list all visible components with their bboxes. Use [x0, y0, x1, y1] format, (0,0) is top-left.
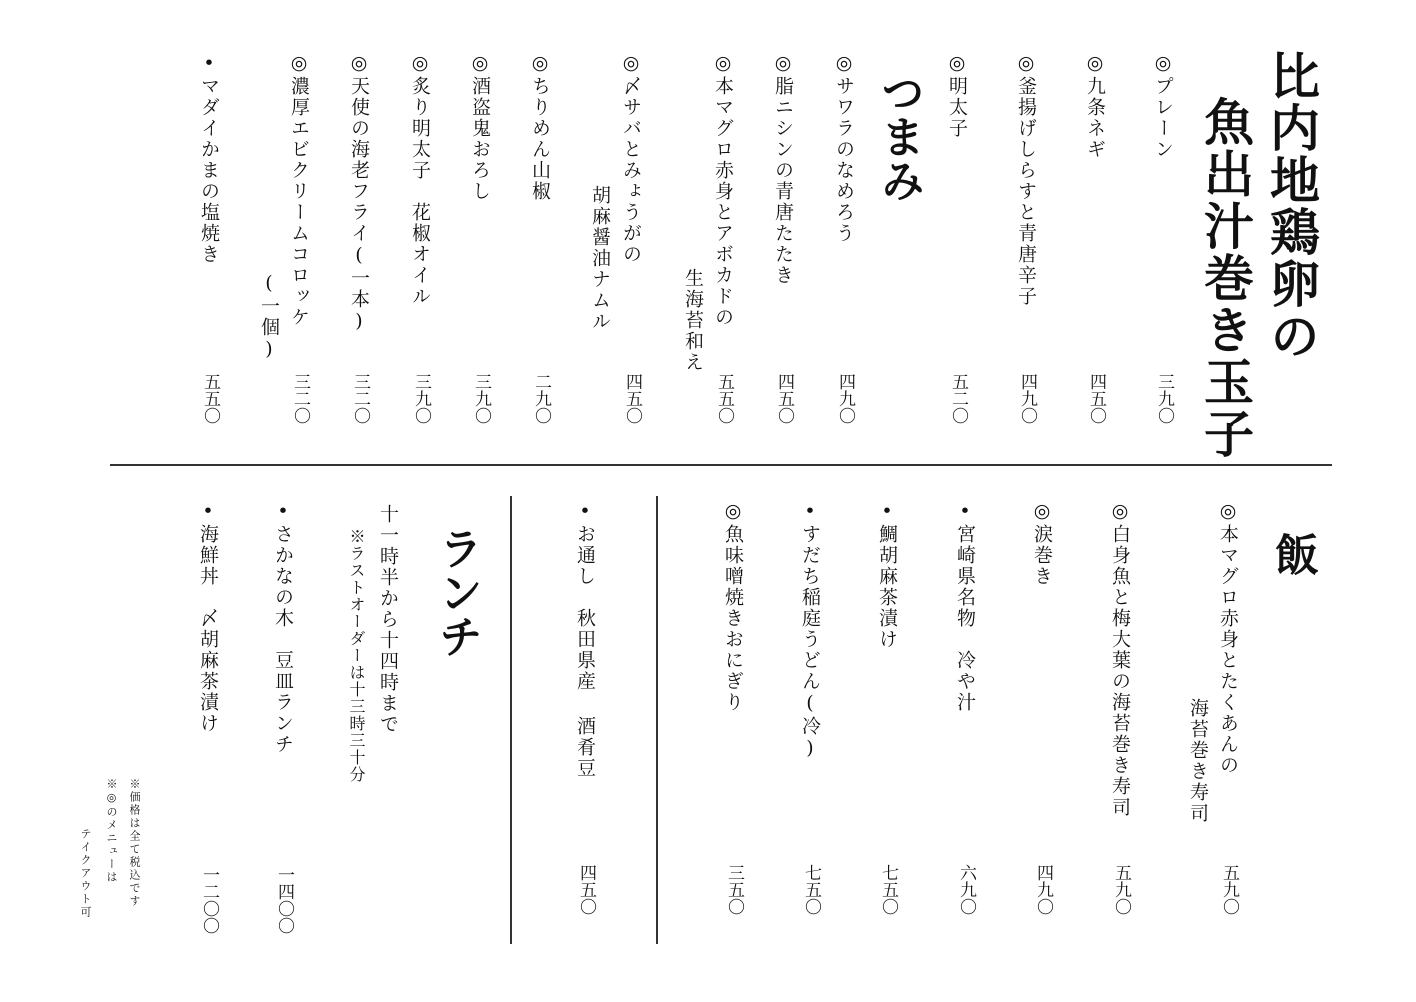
vertical-divider [656, 496, 658, 944]
menu-item-subtitle: 海苔巻き寿司 [1188, 698, 1207, 824]
menu-item-price: 三九〇 [412, 373, 429, 424]
menu-item-subtitle: (一個) [259, 272, 278, 362]
menu-item-price: 一四〇〇 [275, 866, 292, 934]
section-heading-tsumami: つまみ [876, 70, 920, 202]
note-takeout-cont: テイクアウト可 [80, 828, 91, 919]
menu-item-price: 一二〇〇 [200, 866, 217, 934]
menu-item-name: •すだち稲庭うどん(冷) [800, 500, 819, 761]
menu-item-subtitle: 胡麻醤油ナムル [590, 185, 609, 332]
menu-item-name: •さかなの木 豆皿ランチ [273, 500, 292, 755]
menu-item-price: 五九〇 [1112, 864, 1129, 915]
menu-item-price: 四九〇 [1018, 373, 1035, 424]
menu-item-price: 四五〇 [1087, 373, 1104, 424]
menu-item-subtitle: 生海苔和え [683, 268, 702, 373]
vertical-divider [510, 496, 512, 944]
menu-item-price: 五九〇 [1220, 864, 1237, 915]
menu-item-name: •マダイかまの塩焼き [199, 52, 218, 265]
menu-item-name: ◎白身魚と梅大葉の海苔巻き寿司 [1110, 500, 1129, 818]
menu-item-price: 三二〇 [291, 373, 308, 424]
note-tax-included: ※価格は全て税込です [129, 778, 140, 908]
menu-item-price: 五五〇 [201, 373, 218, 424]
menu-item-price: 四九〇 [1034, 864, 1051, 915]
menu-item-name: ◎ちりめん山椒 [530, 52, 549, 202]
menu-item-name: ◎本マグロ赤身とアボカドの [713, 52, 732, 328]
menu-item-name: ◎酒盗鬼おろし [470, 52, 489, 202]
menu-item-name: ◎脂ニシンの青唐たたき [773, 52, 792, 286]
menu-item-price: 六九〇 [957, 864, 974, 915]
section-heading-meshi: 飯 [1270, 532, 1314, 576]
menu-item-name: ◎魚味噌焼きおにぎり [723, 500, 742, 713]
title-line-2: 魚出汁巻き玉子 [1200, 96, 1250, 460]
menu-item-name: •海鮮丼 〆胡麻茶漬け [198, 500, 217, 734]
menu-item-name: ◎濃厚エビクリームコロッケ [289, 52, 308, 328]
menu-item-name: •鯛胡麻茶漬け [877, 500, 896, 650]
menu-item-price: 三五〇 [725, 864, 742, 915]
menu-item-name: ◎〆サバとみょうがの [621, 52, 640, 265]
menu-item-price: 三九〇 [472, 373, 489, 424]
menu-item-price: 七五〇 [879, 864, 896, 915]
menu-item-price: 三二〇 [351, 373, 368, 424]
menu-item-name: ◎天使の海老フライ(一本) [349, 52, 368, 334]
menu-item-price: 五二〇 [949, 373, 966, 424]
lunch-last-order: ※ラストオーダーは十三時三十分 [348, 528, 364, 783]
menu-item-name: ◎九条ネギ [1085, 52, 1104, 160]
menu-item-price: 四五〇 [775, 373, 792, 424]
lunch-hours: 十一時半から十四時まで [378, 504, 397, 735]
menu-item-name: ◎本マグロ赤身とたくあんの [1218, 500, 1237, 776]
menu-item-name: ◎プレーン [1153, 52, 1172, 160]
note-takeout: ※◎のメニューは [106, 778, 117, 884]
menu-item-price: 四九〇 [836, 373, 853, 424]
title-line-1: 比内地鶏卵の [1266, 50, 1316, 362]
horizontal-divider [110, 464, 1332, 466]
menu-item-name: ◎釜揚げしらすと青唐辛子 [1016, 52, 1035, 307]
menu-item-name: ◎サワラのなめろう [834, 52, 853, 244]
otoshi-price: 四五〇 [577, 864, 594, 915]
menu-item-price: 四五〇 [623, 373, 640, 424]
otoshi-name: •お通し 秋田県産 酒肴豆 [575, 500, 594, 779]
menu-item-name: •宮崎県名物 冷や汁 [955, 500, 974, 713]
menu-item-name: ◎明太子 [947, 52, 966, 139]
menu-item-name: ◎炙り明太子 花椒オイル [410, 52, 429, 307]
menu-item-price: 二九〇 [532, 373, 549, 424]
menu-item-price: 五五〇 [715, 373, 732, 424]
section-heading-lunch: ランチ [434, 526, 478, 658]
menu-item-name: ◎涙巻き [1032, 500, 1051, 587]
menu-item-price: 三九〇 [1155, 373, 1172, 424]
menu-item-price: 七五〇 [802, 864, 819, 915]
